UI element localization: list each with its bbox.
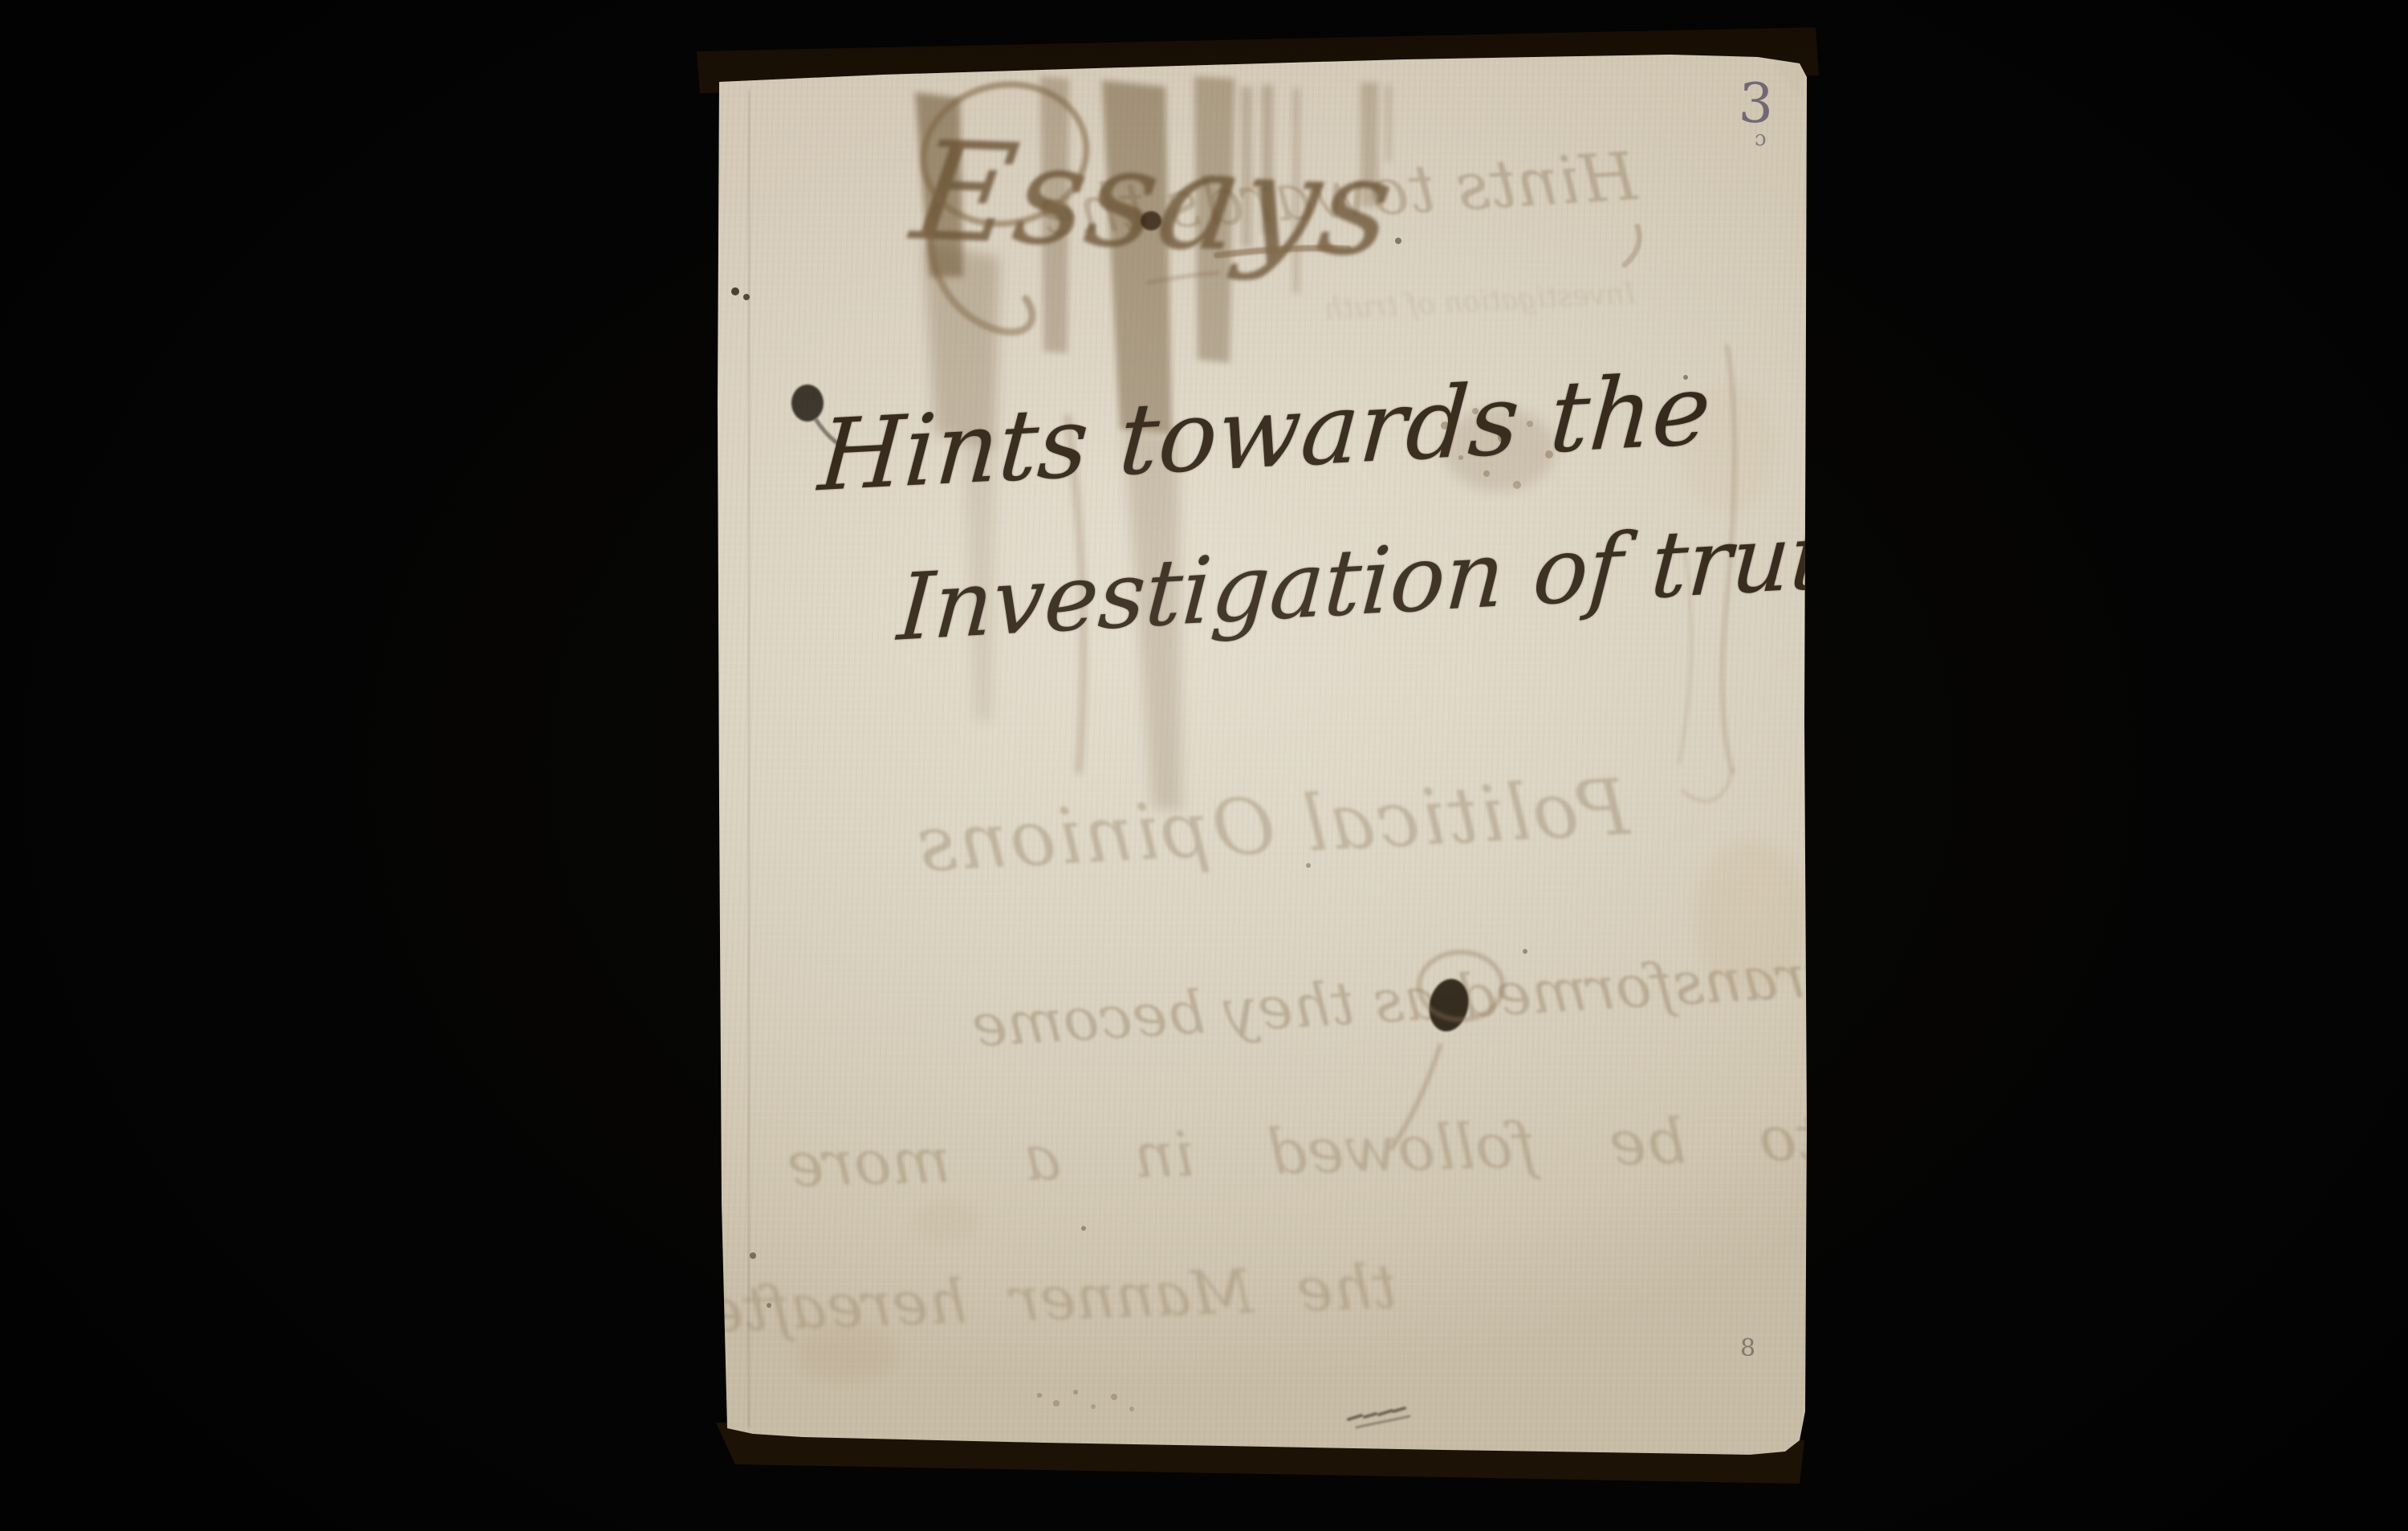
page-number-mark: ɔ (1755, 127, 1767, 151)
photograph-stage: Hints towards the Investigation of truth… (0, 0, 2408, 1531)
right-edge-tick (1816, 1121, 1827, 1146)
pencil-note-mark: 8 (1740, 1334, 1755, 1362)
title-line-1: Hints towards the (816, 352, 1714, 514)
manuscript-page: Hints towards the Investigation of truth… (0, 0, 2408, 1531)
title-line-2: Investigation of truth (895, 499, 1890, 662)
inscription-layer: Hints towards the Investigation of truth… (0, 0, 2408, 1531)
